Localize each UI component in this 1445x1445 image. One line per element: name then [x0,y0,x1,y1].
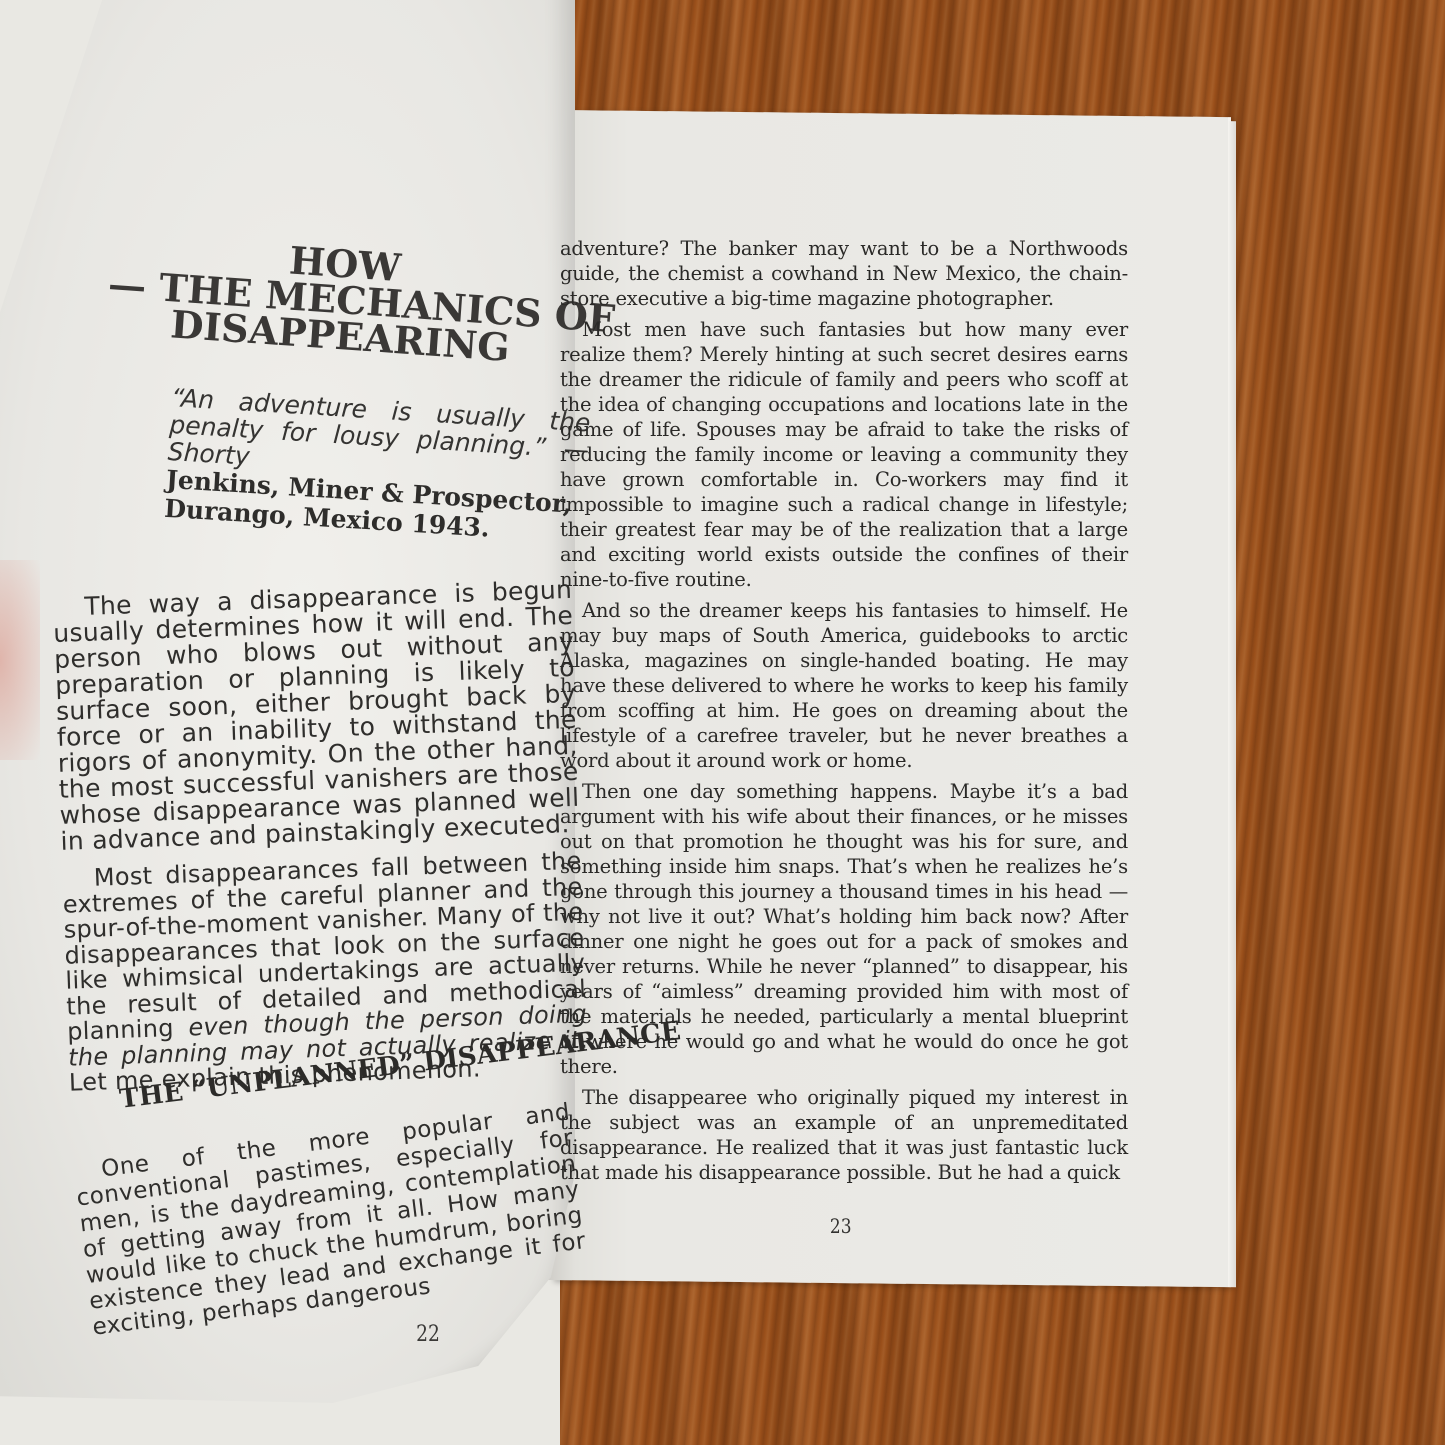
body-paragraph: The disappearee who originally piqued my… [560,1085,1128,1185]
page-edge-shadow [0,560,40,760]
body-paragraph: adventure? The banker may want to be a N… [560,236,1128,311]
epigraph: “An adventure is usually the penalty for… [164,384,592,548]
body-paragraph: Then one day something happens. Maybe it… [560,779,1128,1079]
body-paragraph: Most men have such fantasies but how man… [560,317,1128,592]
right-page-body: adventure? The banker may want to be a N… [560,236,1128,1191]
chapter-title: HOW — THE MECHANICS OF DISAPPEARING [104,230,580,371]
left-page-body: The way a disappearance is begun usually… [52,577,590,1108]
left-page-header: HOW — THE MECHANICS OF DISAPPEARING “An … [52,230,572,523]
page-number: 23 [830,1214,852,1238]
body-paragraph: And so the dreamer keeps his fantasies t… [560,598,1128,773]
body-paragraph: The way a disappearance is begun usually… [52,577,581,855]
page-number: 22 [416,1322,440,1347]
